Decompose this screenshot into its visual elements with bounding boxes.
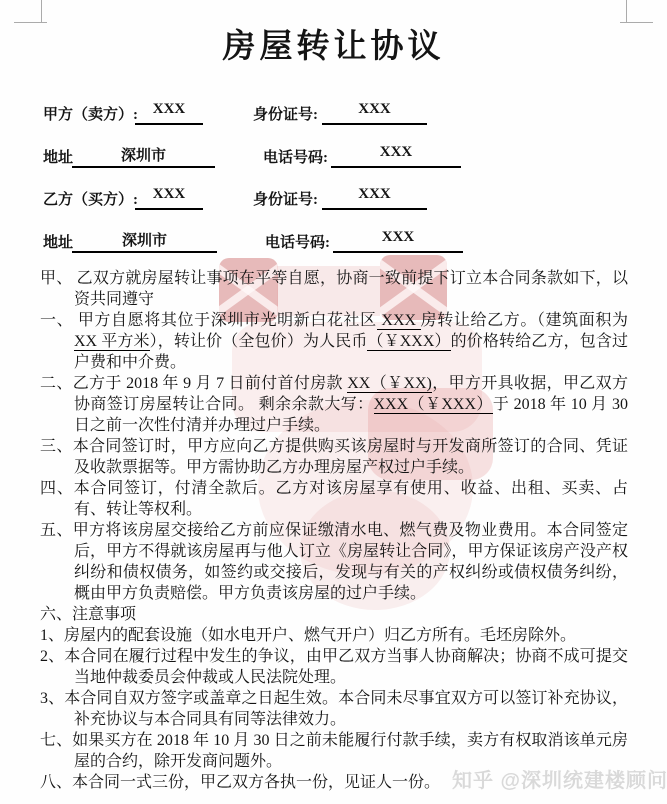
blank-filled-value: XXX: [377, 312, 421, 330]
phone-blank: XXX: [331, 144, 461, 168]
phone-label: 电话号码:: [263, 146, 328, 167]
blank-filled-value: XX（￥XX): [347, 375, 432, 393]
clause-text: 本合同签订，付清全款后。乙方对该房屋享有使用、收益、出租、买卖、占有、转让等权利…: [74, 480, 628, 518]
clause: 五、甲方将该房屋交接给乙方前应保证缴清水电、燃气费及物业费用。本合同签定后，甲方…: [40, 520, 628, 604]
party-a-id-label: 身份证号:: [253, 103, 318, 124]
clause-number: 八、: [40, 774, 72, 791]
clause-text: 本合同一式三份，甲乙双方各执一份，见证人一份。: [72, 774, 440, 791]
clause-text: 本合同签订时，甲方应向乙方提供购买该房屋时与开发商所签订的合同、凭证及收款票据等…: [73, 438, 628, 476]
party-a-address-row: 地址 深圳市 电话号码: XXX: [0, 144, 667, 170]
party-b-address-row: 地址 深圳市 电话号码: XXX: [0, 229, 667, 255]
clause: 二、乙方于 2018 年 9 月 7 日前付首付房款 XX（￥XX)，甲方开具收…: [40, 373, 628, 436]
clause-number: 四、: [40, 480, 74, 497]
clause-text: 甲方自愿将其位于深圳市光明新白花社区: [73, 312, 377, 329]
clause-text: ），转让价（全包价）为人民币: [150, 333, 368, 350]
contract-page: 房屋转让协议 甲方（卖方）: XXX 身份证号: XXX 地址 深圳市 电话号码…: [0, 0, 667, 804]
clause-text: 本合同自双方签字或盖章之日起生效。本合同未尽事宜双方可以签订补充协议，补充协议与…: [64, 690, 628, 728]
clause-number: 三、: [40, 438, 73, 455]
party-a-row: 甲方（卖方）: XXX 身份证号: XXX: [0, 101, 667, 127]
clause: 一、 甲方自愿将其位于深圳市光明新白花社区 XXX 房转让给乙方。（建筑面积为 …: [40, 310, 628, 373]
page-title: 房屋转让协议: [0, 20, 667, 67]
source-watermark: 知乎 @深圳统建楼顾问: [452, 764, 667, 793]
address-blank: 深圳市: [72, 144, 215, 168]
clause-number: 1、: [40, 627, 64, 644]
clause-text: 乙方于 2018 年 9 月 7 日前付首付房款: [73, 375, 348, 392]
blank-filled-value: XX 平方米: [74, 333, 150, 351]
clause: 3、本合同自双方签字或盖章之日起生效。本合同未尽事宜双方可以签订补充协议，补充协…: [40, 688, 628, 730]
party-b-label: 乙方（买方）:: [43, 188, 138, 209]
address-blank: 深圳市: [72, 229, 217, 253]
address-label: 地址: [43, 146, 73, 167]
address-label: 地址: [43, 231, 73, 252]
clause-text: 房屋内的配套设施（如水电开户、燃气开户）归乙方所有。毛坯房除外。: [64, 627, 576, 644]
clause-text: 本合同在履行过程中发生的争议，由甲乙双方当事人协商解决；协商不成可提交当地仲裁委…: [64, 648, 628, 686]
clause-number: 五、: [40, 522, 73, 539]
agreement-body: 甲、 乙双方就房屋转让事项在平等自愿，协商一致前提下订立本合同条款如下，以资共同…: [40, 268, 628, 793]
clause-number: 二、: [40, 375, 73, 392]
clause-number: 六、: [40, 606, 72, 623]
phone-label: 电话号码:: [265, 231, 330, 252]
clause-number: 甲、: [40, 270, 72, 287]
clause-text: 注意事项: [72, 606, 136, 623]
blank-filled-value: XXX（￥XXX）: [374, 396, 493, 414]
party-a-id-blank: XXX: [322, 101, 427, 125]
clause-number: 七、: [40, 732, 72, 749]
party-a-name-blank: XXX: [135, 101, 203, 125]
party-b-id-blank: XXX: [322, 186, 427, 210]
party-b-id-label: 身份证号:: [253, 188, 318, 209]
party-b-row: 乙方（买方）: XXX 身份证号: XXX: [0, 186, 667, 212]
clause: 1、房屋内的配套设施（如水电开户、燃气开户）归乙方所有。毛坯房除外。: [40, 625, 628, 646]
clause-text: 甲方将该房屋交接给乙方前应保证缴清水电、燃气费及物业费用。本合同签定后，甲方不得…: [73, 522, 628, 602]
clause: 甲、 乙双方就房屋转让事项在平等自愿，协商一致前提下订立本合同条款如下，以资共同…: [40, 268, 628, 310]
clause: 2、本合同在履行过程中发生的争议，由甲乙双方当事人协商解决；协商不成可提交当地仲…: [40, 646, 628, 688]
clause-number: 2、: [40, 648, 64, 665]
party-b-name-blank: XXX: [135, 186, 203, 210]
clause-number: 一、: [40, 312, 73, 329]
clause-text: 乙双方就房屋转让事项在平等自愿，协商一致前提下订立本合同条款如下，以资共同遵守: [72, 270, 628, 308]
clause: 六、注意事项: [40, 604, 628, 625]
clause: 三、本合同签订时，甲方应向乙方提供购买该房屋时与开发商所签订的合同、凭证及收款票…: [40, 436, 628, 478]
clause: 四、本合同签订，付清全款后。乙方对该房屋享有使用、收益、出租、买卖、占有、转让等…: [40, 478, 628, 520]
clause-number: 3、: [40, 690, 64, 707]
clause-text: 房转让给乙方。（建筑面积为: [421, 312, 628, 329]
party-a-label: 甲方（卖方）:: [43, 103, 138, 124]
phone-blank: XXX: [333, 229, 463, 253]
blank-filled-value: （￥XXX）: [367, 333, 450, 351]
